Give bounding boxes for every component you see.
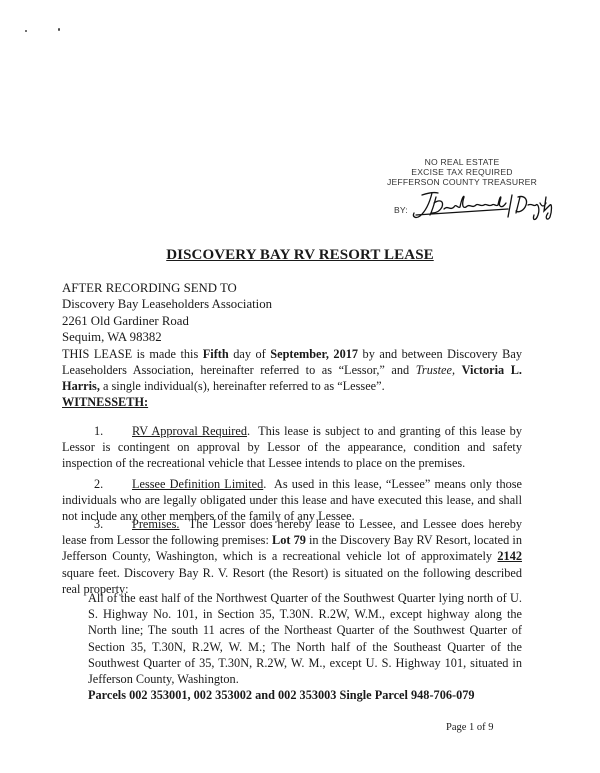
document-title: DISCOVERY BAY RV RESORT LEASE <box>0 247 600 264</box>
page-number: Page 1 of 9 <box>446 722 494 733</box>
intro-text: THIS LEASE is made this <box>62 347 203 361</box>
section-heading: Lessee Definition Limited <box>132 477 263 491</box>
stamp-line: JEFFERSON COUNTY TREASURER <box>372 177 552 187</box>
section-number: 3. <box>62 516 132 532</box>
stamp-signature-row: BY: <box>382 195 582 225</box>
section-1: 1.RV Approval Required. This lease is su… <box>62 423 522 472</box>
section-3: 3.Premises. The Lessor does hereby lease… <box>62 516 522 597</box>
witnesseth-heading: WITNESSETH: <box>62 394 522 410</box>
tax-exempt-stamp: NO REAL ESTATE EXCISE TAX REQUIRED JEFFE… <box>372 157 552 187</box>
stamp-line: EXCISE TAX REQUIRED <box>372 167 552 177</box>
stamp-line: NO REAL ESTATE <box>372 157 552 167</box>
lease-day: Fifth <box>203 347 229 361</box>
stamp-by-label: BY: <box>394 205 408 215</box>
trustee-label: Trustee, <box>416 363 455 377</box>
recording-address: AFTER RECORDING SEND TO Discovery Bay Le… <box>62 280 522 345</box>
scan-speck <box>25 30 27 32</box>
parcel-numbers: Parcels 002 353001, 002 353002 and 002 3… <box>88 687 522 703</box>
recording-line: Sequim, WA 98382 <box>62 329 522 345</box>
scan-speck <box>58 28 60 31</box>
lease-date: September, 2017 <box>270 347 358 361</box>
section-heading: Premises. <box>132 517 179 531</box>
intro-text: a single individual(s), hereinafter refe… <box>100 379 385 393</box>
square-footage: 2142 <box>497 549 522 563</box>
recording-line: Discovery Bay Leaseholders Association <box>62 296 522 312</box>
recording-line: 2261 Old Gardiner Road <box>62 313 522 329</box>
section-number: 1. <box>62 423 132 439</box>
recording-line: AFTER RECORDING SEND TO <box>62 280 522 296</box>
handwritten-signature-icon <box>408 189 558 223</box>
lot-number: Lot 79 <box>272 533 306 547</box>
intro-paragraph: THIS LEASE is made this Fifth day of Sep… <box>62 346 522 395</box>
section-number: 2. <box>62 476 132 492</box>
legal-description-text: All of the east half of the Northwest Qu… <box>88 590 522 687</box>
legal-description: All of the east half of the Northwest Qu… <box>88 590 522 703</box>
section-heading: RV Approval Required <box>132 424 247 438</box>
intro-text: day of <box>229 347 271 361</box>
